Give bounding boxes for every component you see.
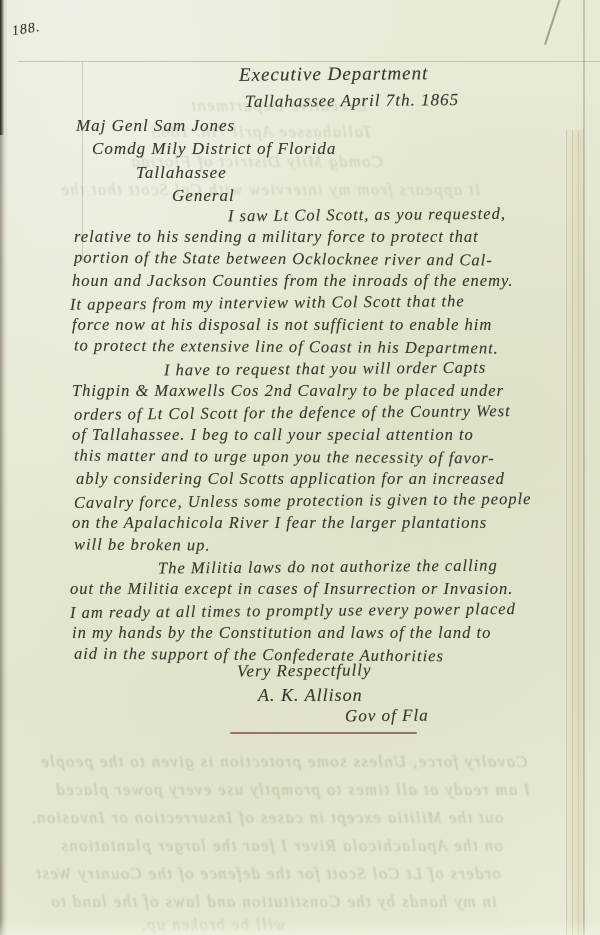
bleedthrough-text: I am ready at all times to promptly use … xyxy=(55,780,530,800)
page-edge-line xyxy=(583,0,585,935)
binding-shadow xyxy=(0,0,4,135)
body-line: portion of the State between Ocklocknee … xyxy=(74,248,493,271)
body-line: relative to his sending a military force… xyxy=(74,227,479,247)
signer-title: Gov of Fla xyxy=(345,706,429,727)
letterhead-department: Executive Department xyxy=(239,63,429,87)
bleedthrough-text: out the Militia except in cases of Insur… xyxy=(30,808,503,828)
bleedthrough-text: Cavalry force, Unless some protection is… xyxy=(40,752,527,772)
page-number: 188. xyxy=(11,20,42,40)
bleedthrough-text: orders of Lt Col Scott for the defence o… xyxy=(35,864,501,884)
body-line: in my hands by the Constitution and laws… xyxy=(72,623,491,643)
body-line: of Tallahassee. I beg to call your speci… xyxy=(72,425,474,445)
body-line: I saw Lt Col Scott, as you requested, xyxy=(228,204,506,226)
body-line: to protect the extensive line of Coast i… xyxy=(74,336,499,359)
corner-crease xyxy=(544,0,562,45)
body-line: on the Apalachicola River I fear the lar… xyxy=(72,513,487,533)
signature: A. K. Allison xyxy=(258,685,363,706)
body-line: It appears from my interview with Col Sc… xyxy=(70,291,465,314)
body-line: Cavalry force, Unless some protection is… xyxy=(74,489,532,513)
recipient-location: Tallahassee xyxy=(136,163,227,183)
bleedthrough-text: in my hands by the Constitution and laws… xyxy=(50,892,497,912)
ledger-rule-horizontal xyxy=(18,61,600,62)
paper-crease-band xyxy=(566,130,584,935)
body-line: ably considering Col Scotts application … xyxy=(76,469,505,489)
page-bottom-edge xyxy=(0,921,600,935)
body-line: out the Militia except in cases of Insur… xyxy=(70,579,513,599)
body-line: force now at his disposal is not suffici… xyxy=(72,315,492,335)
manuscript-letter-page: Executive Department Tallahassee April 7… xyxy=(0,0,600,935)
recipient-title: Comdg Mily District of Florida xyxy=(92,139,336,159)
body-line: will be broken up. xyxy=(74,535,211,556)
bleedthrough-text: It appears from my interview with Col Sc… xyxy=(60,180,481,200)
recipient-name: Maj Genl Sam Jones xyxy=(76,116,235,136)
bleedthrough-text: on the Apalachicola River I fear the lar… xyxy=(60,836,503,856)
body-line: orders of Lt Col Scott for the defence o… xyxy=(74,401,511,425)
binding-edge xyxy=(0,0,8,935)
body-line: houn and Jackson Counties from the inroa… xyxy=(72,271,514,291)
valediction: Very Respectfully xyxy=(237,660,372,681)
letterhead-place-date: Tallahassee April 7th. 1865 xyxy=(245,90,459,112)
signature-rule xyxy=(230,732,417,734)
body-line: this matter and to urge upon you the nec… xyxy=(74,446,495,469)
body-line: Thigpin & Maxwells Cos 2nd Cavalry to be… xyxy=(72,381,504,401)
salutation: General xyxy=(172,186,235,206)
body-line: I have to request that you will order Ca… xyxy=(164,358,486,381)
body-line: The Militia laws do not authorize the ca… xyxy=(158,556,498,579)
body-line: I am ready at all times to promptly use … xyxy=(70,599,516,623)
